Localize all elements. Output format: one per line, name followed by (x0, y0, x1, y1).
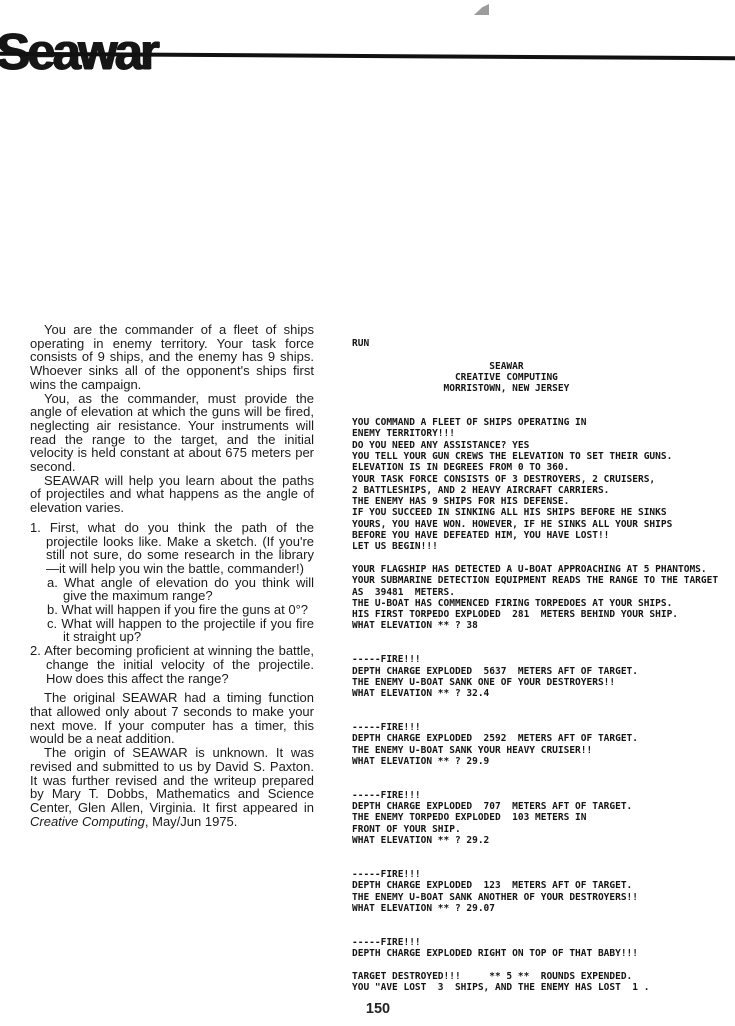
list-item-1b: b. What will happen if you fire the guns… (30, 603, 314, 617)
list-item-2-number: 2. (30, 643, 41, 658)
origin-paragraph: The origin of SEAWAR is unknown. It was … (30, 746, 314, 828)
article-column: You are the commander of a fleet of ship… (30, 323, 314, 828)
list-item-1c-text: What will happen to the projectile if yo… (61, 616, 314, 645)
list-item-1a-text: What angle of elevation do you think wil… (63, 575, 314, 604)
creative-computing-citation: Creative Computing (30, 814, 145, 829)
list-item-1: 1. First, what do you think the path of … (30, 521, 314, 576)
list-item-1-text: First, what do you think the path of the… (46, 520, 314, 576)
list-item-1a: a. What angle of elevation do you think … (30, 576, 314, 603)
list-item-1a-letter: a. (47, 575, 58, 590)
learn-paragraph: SEAWAR will help you learn about the pat… (30, 474, 314, 515)
list-item-1c-letter: c. (47, 616, 57, 631)
intro-paragraph: You are the commander of a fleet of ship… (30, 323, 314, 392)
program-run-printout: RUN SEAWAR CREATIVE COMPUTING MORRISTOWN… (352, 338, 718, 993)
list-item-2-text: After becoming proficient at winning the… (44, 643, 314, 685)
print-smudge-artifact (474, 4, 489, 15)
elevation-paragraph: You, as the commander, must provide the … (30, 392, 314, 474)
book-page: Seawar You are the commander of a fleet … (0, 0, 735, 1026)
list-item-1-number: 1. (30, 520, 41, 535)
origin-text-post: , May/Jun 1975. (145, 814, 238, 829)
page-number: 150 (340, 1001, 416, 1017)
list-item-2: 2. After becoming proficient at winning … (30, 644, 314, 685)
list-item-1c: c. What will happen to the projectile if… (30, 617, 314, 644)
origin-text-pre: The origin of SEAWAR is unknown. It was … (30, 745, 314, 815)
timing-paragraph: The original SEAWAR had a timing functio… (30, 691, 314, 746)
